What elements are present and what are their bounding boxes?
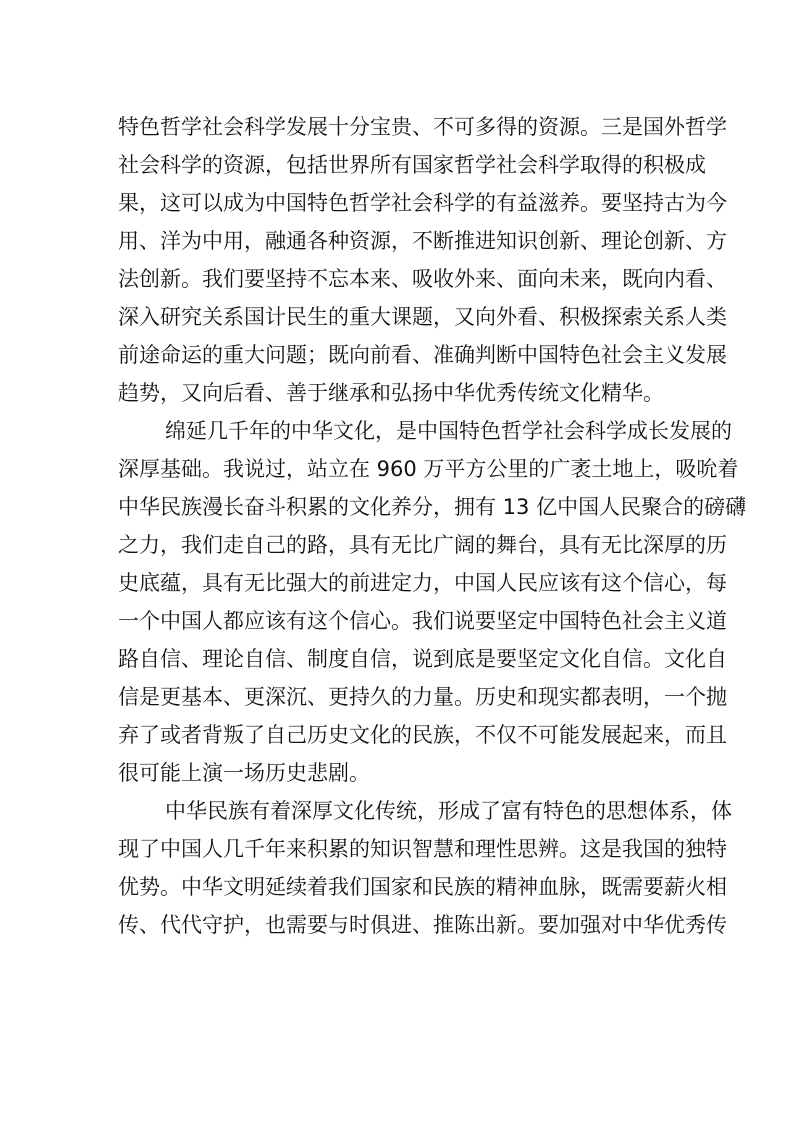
text-line: 深入研究关系国计民生的重大课题，又向外看、积极探索关系人类 — [118, 298, 690, 336]
paragraph-1: 特色哲学社会科学发展十分宝贵、不可多得的资源。三是国外哲学 社会科学的资源，包括… — [118, 108, 690, 412]
text-line: 中华民族有着深厚文化传统，形成了富有特色的思想体系，体 — [118, 792, 690, 830]
text-line: 社会科学的资源，包括世界所有国家哲学社会科学取得的积极成 — [118, 146, 690, 184]
text-line: 之力，我们走自己的路，具有无比广阔的舞台，具有无比深厚的历 — [118, 526, 690, 564]
paragraph-3: 中华民族有着深厚文化传统，形成了富有特色的思想体系，体 现了中国人几千年来积累的… — [118, 792, 690, 944]
document-body: 特色哲学社会科学发展十分宝贵、不可多得的资源。三是国外哲学 社会科学的资源，包括… — [118, 108, 690, 944]
text-line: 趋势，又向后看、善于继承和弘扬中华优秀传统文化精华。 — [118, 374, 690, 412]
text-line: 一个中国人都应该有这个信心。我们说要坚定中国特色社会主义道 — [118, 602, 690, 640]
text-line: 法创新。我们要坚持不忘本来、吸收外来、面向未来，既向内看、 — [118, 260, 690, 298]
text-line: 很可能上演一场历史悲剧。 — [118, 754, 690, 792]
document-page: 特色哲学社会科学发展十分宝贵、不可多得的资源。三是国外哲学 社会科学的资源，包括… — [0, 0, 800, 1130]
text-line: 弃了或者背叛了自己历史文化的民族，不仅不可能发展起来，而且 — [118, 716, 690, 754]
paragraph-2: 绵延几千年的中华文化，是中国特色哲学社会科学成长发展的 深厚基础。我说过，站立在… — [118, 412, 690, 792]
text-line: 现了中国人几千年来积累的知识智慧和理性思辨。这是我国的独特 — [118, 830, 690, 868]
text-line: 果，这可以成为中国特色哲学社会科学的有益滋养。要坚持古为今 — [118, 184, 690, 222]
text-line: 深厚基础。我说过，站立在 960 万平方公里的广袤土地上，吸吮着 — [118, 450, 690, 488]
text-line: 路自信、理论自信、制度自信，说到底是要坚定文化自信。文化自 — [118, 640, 690, 678]
text-line: 中华民族漫长奋斗积累的文化养分，拥有 13 亿中国人民聚合的磅礴 — [118, 488, 690, 526]
text-line: 特色哲学社会科学发展十分宝贵、不可多得的资源。三是国外哲学 — [118, 108, 690, 146]
text-line: 用、洋为中用，融通各种资源，不断推进知识创新、理论创新、方 — [118, 222, 690, 260]
text-line: 信是更基本、更深沉、更持久的力量。历史和现实都表明，一个抛 — [118, 678, 690, 716]
text-line: 传、代代守护，也需要与时俱进、推陈出新。要加强对中华优秀传 — [118, 906, 690, 944]
text-line: 前途命运的重大问题；既向前看、准确判断中国特色社会主义发展 — [118, 336, 690, 374]
text-line: 优势。中华文明延续着我们国家和民族的精神血脉，既需要薪火相 — [118, 868, 690, 906]
text-line: 史底蕴，具有无比强大的前进定力，中国人民应该有这个信心，每 — [118, 564, 690, 602]
text-line: 绵延几千年的中华文化，是中国特色哲学社会科学成长发展的 — [118, 412, 690, 450]
